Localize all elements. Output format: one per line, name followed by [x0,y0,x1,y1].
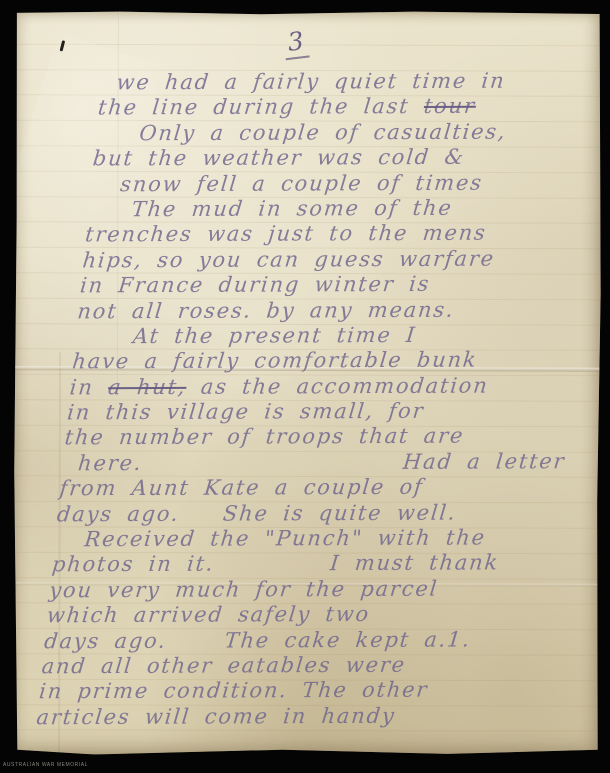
letter-line: have a fairly comfortable bunk [71,348,560,376]
letter-line: which arrived safely two [46,601,535,629]
letter-line: hips, so you can guess warfare [81,246,570,274]
letter-body: we had a fairly quiet time inthe line du… [35,68,588,730]
letter-line: the line during the last tour [97,94,586,122]
letter-line: snow fell a couple of times [89,170,578,198]
letter-line: we had a fairly quiet time in [99,68,588,96]
letter-line: At the present time I [74,322,563,350]
letter-line: in France during winter is [79,271,568,299]
scan-background: 3 we had a fairly quiet time inthe line … [0,0,610,773]
page-number: 3 [282,26,310,61]
letter-line: but the weather was cold & [92,144,581,172]
letter-line: days ago. She is quite well. [56,500,545,528]
letter-line: from Aunt Kate a couple of [58,474,547,502]
letter-line: not all roses. by any means. [76,297,565,325]
letter-line: and all other eatables were [40,652,529,680]
letter-line: trenches was just to the mens [84,221,573,249]
letter-line: Received the "Punch" with the [53,525,542,553]
letter-line: The mud in some of the [86,195,575,223]
letter-line: Only a couple of casualties, [94,119,583,147]
letter-line: here. Had a letter [61,449,550,477]
letter-line: photos in it. I must thank [51,551,540,579]
letter-line: days ago. The cake kept a.1. [43,627,532,655]
struck-word: tour [423,94,477,118]
letter-line: you very much for the parcel [48,576,537,604]
letter-paper: 3 we had a fairly quiet time inthe line … [12,10,602,756]
letter-line: the number of troops that are [63,424,552,452]
letter-line: articles will come in handy [35,703,524,731]
struck-word: a hut, [107,375,188,399]
letter-line: in this village is small, for [66,398,555,426]
archive-watermark-label: AUSTRALIAN WAR MEMORIAL [3,763,88,768]
letter-line: in prime condition. The other [38,678,527,706]
letter-line: in a hut, as the accommodation [69,373,558,401]
